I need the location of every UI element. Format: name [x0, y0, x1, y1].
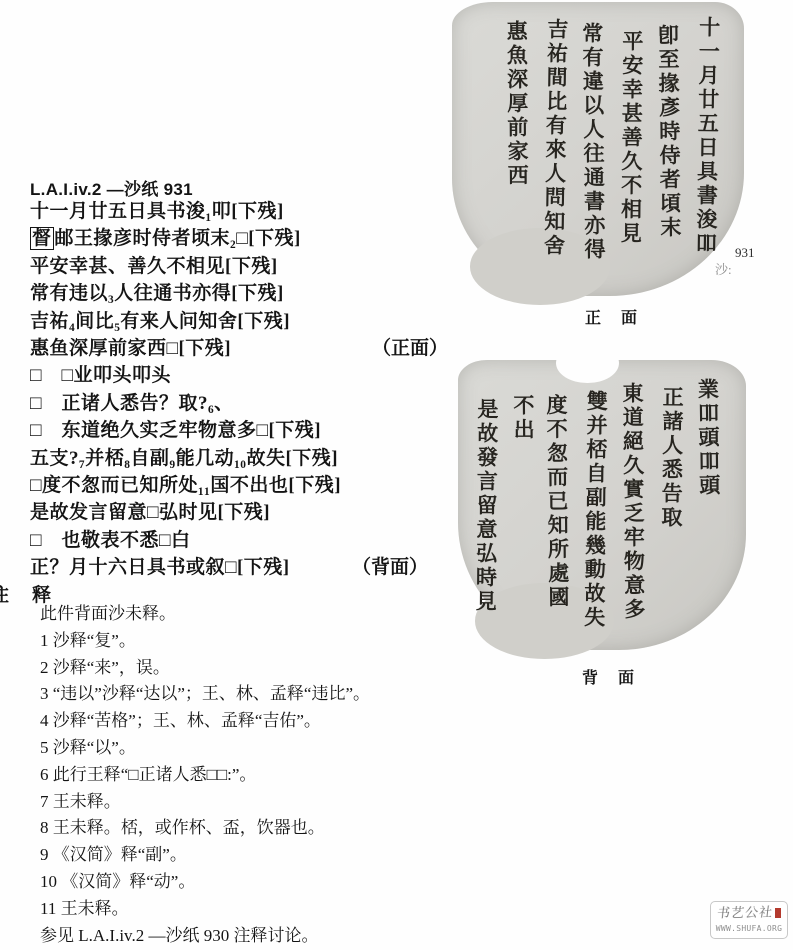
note-line: 5 沙释“以”。: [40, 735, 370, 762]
transcription-line: □ □业叩头叩头: [30, 362, 460, 389]
transcription-line: □ 东道绝久实乏牢物意多□[下残]: [30, 417, 460, 444]
calligraphy-column: 常有違以人往通書亦得: [575, 22, 611, 278]
boxed-character: 督: [30, 227, 54, 250]
calligraphy-column: 是故發言留意弘時見: [470, 398, 503, 632]
line-text: 十一月廿五日具书浚₁叩[下残]: [30, 201, 284, 222]
transcription-line: 平安幸甚、善久不相见[下残]: [30, 253, 460, 280]
side-label: （背面）: [352, 554, 428, 581]
caption-back: 背 面: [582, 665, 636, 688]
note-line: 10 《汉简》释“动”。: [40, 869, 370, 896]
calligraphy-column: 卽至掾彥時侍者頃末: [650, 24, 686, 278]
note-line: 9 《汉简》释“副”。: [40, 842, 370, 869]
calligraphy-columns-back: 業吅頭吅頭正諸人悉告取東道絕久實乏牢物意多雙并桮自副能幾動故失度不怱而已知所處國…: [470, 372, 730, 632]
line-text: 惠鱼深厚前家西□[下残]: [30, 338, 231, 359]
note-line: 8 王未释。桮，或作杯、盃，饮器也。: [40, 815, 370, 842]
line-text: □ 正诸人悉告？取?₆、: [30, 393, 234, 414]
caption-front: 正 面: [585, 305, 639, 328]
watermark-url: WWW.SHUFA.ORG: [711, 924, 787, 934]
line-text: 是故发言留意□弘时见[下残]: [30, 502, 270, 523]
transcription-line: 正？月十六日具书或叙□[下残]（背面）: [30, 554, 460, 581]
note-line: 11 王未释。: [40, 896, 370, 923]
watermark: 书艺公社 WWW.SHUFA.ORG: [710, 901, 788, 939]
transcription-line: □ 也敬表不悉□白: [30, 527, 460, 554]
notes-block: 此件背面沙未释。1 沙释“复”。2 沙释“来”，误。3 “违以”沙释“达以”；王…: [40, 601, 370, 949]
transcription-line: 常有违以₃人往通书亦得[下残]: [30, 280, 460, 307]
watermark-logo-row: 书艺公社: [711, 902, 787, 924]
red-seal-icon: [775, 908, 781, 918]
transcription-line: 吉祐₄间比₅有来人问知舍[下残]: [30, 308, 460, 335]
transcription-line: 五支?₇并桮₈自副₉能几动₁₀故失[下残]: [30, 445, 460, 472]
note-line: 2 沙释“来”，误。: [40, 655, 370, 682]
calligraphy-column: 業吅頭吅頭: [690, 378, 727, 632]
page-title: L.A.I.iv.2 —沙纸 931: [30, 175, 193, 200]
calligraphy-column: 惠魚深厚前家西: [499, 20, 534, 278]
line-text: □ □业叩头叩头: [30, 365, 171, 386]
line-text: 五支?₇并桮₈自副₉能几动₁₀故失[下残]: [30, 448, 338, 469]
calligraphy-column: 度不怱而已知所處國不出: [506, 394, 574, 632]
transcription-line: 是故发言留意□弘时见[下残]: [30, 499, 460, 526]
note-line: 6 此行王释“□正诸人悉□□:”。: [40, 762, 370, 789]
line-text: 平安幸甚、善久不相见[下残]: [30, 256, 278, 277]
transcription-line: 十一月廿五日具书浚₁叩[下残]: [30, 198, 460, 225]
line-text: 吉祐₄间比₅有来人问知舍[下残]: [30, 311, 290, 332]
line-text: □度不怱而已知所处₁₁国不出也[下残]: [30, 475, 341, 496]
margin-label: 沙:: [715, 259, 732, 278]
calligraphy-columns-front: 十一月廿五日具書浚吅卽至掾彥時侍者頃末平安幸甚善久不相見常有違以人往通書亦得吉祐…: [464, 14, 728, 278]
transcription-line: 督邮王掾彦时侍者顷末₂□[下残]: [30, 225, 460, 252]
manuscript-photo-front: 十一月廿五日具書浚吅卽至掾彥時侍者頃末平安幸甚善久不相見常有違以人往通書亦得吉祐…: [452, 2, 744, 296]
calligraphy-column: 平安幸甚善久不相見: [613, 30, 648, 278]
transcription-block: 十一月廿五日具书浚₁叩[下残]督邮王掾彦时侍者顷末₂□[下残]平安幸甚、善久不相…: [30, 198, 460, 581]
line-text: □ 东道绝久实乏牢物意多□[下残]: [30, 420, 321, 441]
document-page: L.A.I.iv.2 —沙纸 931 十一月廿五日具书浚₁叩[下残]督邮王掾彦时…: [0, 0, 793, 950]
note-line: 7 王未释。: [40, 789, 370, 816]
calligraphy-column: 雙并桮自副能幾動故失: [577, 390, 613, 632]
note-line: 此件背面沙未释。: [40, 601, 370, 628]
transcription-line: □度不怱而已知所处₁₁国不出也[下残]: [30, 472, 460, 499]
note-line: 参见 L.A.I.iv.2 —沙纸 930 注释讨论。: [40, 923, 370, 950]
transcription-line: □ 正诸人悉告？取?₆、: [30, 390, 460, 417]
margin-number: 931: [735, 245, 755, 261]
side-label: （正面）: [372, 335, 448, 362]
line-text: 常有违以₃人往通书亦得[下残]: [30, 283, 284, 304]
calligraphy-column: 十一月廿五日具書浚吅: [688, 16, 725, 278]
note-line: 4 沙释“苦格”；王、林、孟释“吉佑”。: [40, 708, 370, 735]
note-line: 3 “违以”沙释“达以”；王、林、孟释“违比”。: [40, 681, 370, 708]
calligraphy-column: 東道絕久實乏牢物意多: [615, 382, 650, 632]
calligraphy-column: 正諸人悉告取: [653, 386, 689, 632]
calligraphy-column: 吉祐間比有來人問知舍: [536, 18, 573, 278]
line-text: □ 也敬表不悉□白: [30, 530, 190, 551]
watermark-calligraphy: 书艺公社: [716, 902, 775, 925]
manuscript-photo-back: 業吅頭吅頭正諸人悉告取東道絕久實乏牢物意多雙并桮自副能幾動故失度不怱而已知所處國…: [458, 360, 746, 650]
line-text: 正？月十六日具书或叙□[下残]: [30, 557, 290, 578]
transcription-line: 惠鱼深厚前家西□[下残]（正面）: [30, 335, 460, 362]
line-text: 邮王掾彦时侍者顷末₂□[下残]: [55, 228, 301, 249]
note-line: 1 沙释“复”。: [40, 628, 370, 655]
